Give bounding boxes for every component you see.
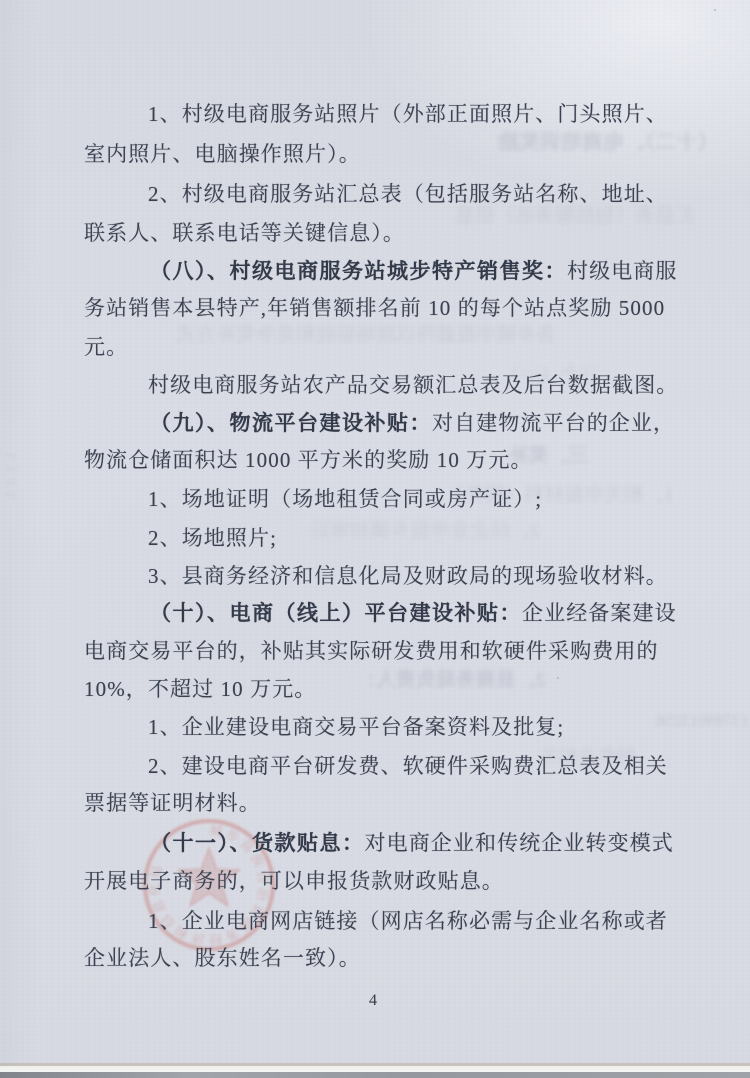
- body-segment: 村级电商服: [567, 259, 678, 283]
- body-segment: 1、场地证明（场地租赁合同或房产证）;: [148, 487, 542, 511]
- body-segment: 开展电子商务的，可以申报货款财政贴息。: [84, 869, 504, 893]
- body-segment: 企业法人、股东姓名一致）。: [84, 946, 361, 970]
- heading-segment: （八）、村级电商服务站城步特产销售奖：: [150, 259, 567, 283]
- body-segment: 对电商企业和传统企业转变模式: [365, 831, 674, 855]
- text-line-21: 开展电子商务的，可以申报货款财政贴息。: [84, 864, 504, 898]
- body-segment: 企业经备案建设: [522, 601, 677, 625]
- text-line-9: （九）、物流平台建设补贴：对自建物流平台的企业，: [150, 406, 675, 440]
- body-segment: 2、建设电商平台研发费、软硬件采购费汇总表及相关: [148, 754, 668, 778]
- text-line-1: 1、村级电商服务站照片（外部正面照片、门头照片、: [148, 97, 668, 131]
- body-segment: 2、场地照片;: [148, 526, 277, 550]
- bleedthrough-line: 1. 2. 3. 5.: [4, 452, 17, 501]
- scan-speck: [557, 677, 559, 679]
- text-line-7: 元。: [84, 330, 128, 364]
- body-segment: 电商交易平台的，补贴其实际研发费用和软硬件采购费用的: [84, 639, 659, 663]
- text-line-14: （十）、电商（线上）平台建设补贴：企业经备案建设: [150, 596, 677, 630]
- text-line-10: 物流仓储面积达 1000 平方米的奖励 10 万元。: [84, 443, 533, 477]
- body-segment: 2、村级电商服务站汇总表（包括服务站名称、地址、: [148, 182, 668, 206]
- body-segment: 10%，不超过 10 万元。: [84, 677, 316, 701]
- text-line-22: 1、企业电商网店链接（网店名称必需与企业名称或者: [148, 904, 668, 938]
- text-line-18: 2、建设电商平台研发费、软硬件采购费汇总表及相关: [148, 749, 668, 783]
- body-segment: 3、县商务经济和信息化局及财政局的现场验收材料。: [148, 564, 668, 588]
- bleedthrough-line: 2、经企业申报乡镇初审后: [310, 521, 540, 541]
- heading-segment: （九）、物流平台建设补贴：: [150, 411, 432, 435]
- text-line-16: 10%，不超过 10 万元。: [84, 672, 316, 706]
- heading-segment: （十）、电商（线上）平台建设补贴：: [150, 601, 522, 625]
- text-line-17: 1、企业建设电商交易平台备案资料及批复;: [148, 710, 564, 744]
- bleedthrough-line: （十二）、电商培训奖励: [498, 132, 719, 153]
- heading-segment: （十一）、货款贴息：: [150, 831, 365, 855]
- body-segment: 1、企业电商网店链接（网店名称必需与企业名称或者: [148, 909, 668, 933]
- text-line-19: 票据等证明材料。: [84, 786, 261, 820]
- body-segment: 村级电商服务站农产品交易额汇总表及后台数据截图。: [148, 373, 678, 397]
- bleedthrough-line: 13789013256: [656, 712, 750, 729]
- text-line-2: 室内照片、电脑操作照片）。: [84, 137, 361, 171]
- text-line-5: （八）、村级电商服务站城步特产销售奖：村级电商服: [150, 254, 678, 288]
- body-segment: 对自建物流平台的企业，: [432, 411, 675, 435]
- text-line-23: 企业法人、股东姓名一致）。: [84, 941, 361, 975]
- text-line-13: 3、县商务经济和信息化局及财政局的现场验收材料。: [148, 559, 668, 593]
- scanner-background: [0, 1072, 750, 1078]
- body-segment: 1、企业建设电商交易平台备案资料及批复;: [148, 715, 564, 739]
- text-line-3: 2、村级电商服务站汇总表（包括服务站名称、地址、: [148, 177, 668, 211]
- text-line-8: 村级电商服务站农产品交易额汇总表及后台数据截图。: [148, 368, 678, 402]
- text-line-11: 1、场地证明（场地租赁合同或房产证）;: [148, 482, 542, 516]
- body-segment: 联系人、联系电话等关键信息）。: [84, 221, 405, 245]
- body-segment: 室内照片、电脑操作照片）。: [84, 142, 361, 166]
- body-segment: 物流仓储面积达 1000 平方米的奖励 10 万元。: [84, 448, 533, 472]
- body-segment: 元。: [84, 335, 128, 359]
- text-line-4: 联系人、联系电话等关键信息）。: [84, 216, 405, 250]
- body-segment: 票据等证明材料。: [84, 791, 261, 815]
- text-line-12: 2、场地照片;: [148, 521, 277, 555]
- text-line-20: （十一）、货款贴息：对电商企业和传统企业转变模式: [150, 826, 674, 860]
- scan-speck: [714, 9, 716, 11]
- page-number: 4: [369, 992, 378, 1010]
- body-segment: 1、村级电商服务站照片（外部正面照片、门头照片、: [148, 102, 668, 126]
- scanned-page: （十二）、电商培训奖励汇总表（包括服务站）信息各乡镇申报最终以现场验收和竞争奖补…: [0, 0, 750, 1078]
- text-line-6: 务站销售本县特产,年销售额排名前 10 的每个站点奖励 5000: [84, 291, 665, 325]
- bleedthrough-line: 2、县商务局负责人：: [356, 670, 546, 690]
- bleedthrough-line: 各乡镇申报最终以现场验收和竞争奖补方式: [176, 325, 556, 345]
- text-line-15: 电商交易平台的，补贴其实际研发费用和软硬件采购费用的: [84, 634, 659, 668]
- body-segment: 务站销售本县特产,年销售额排名前 10 的每个站点奖励 5000: [84, 296, 665, 320]
